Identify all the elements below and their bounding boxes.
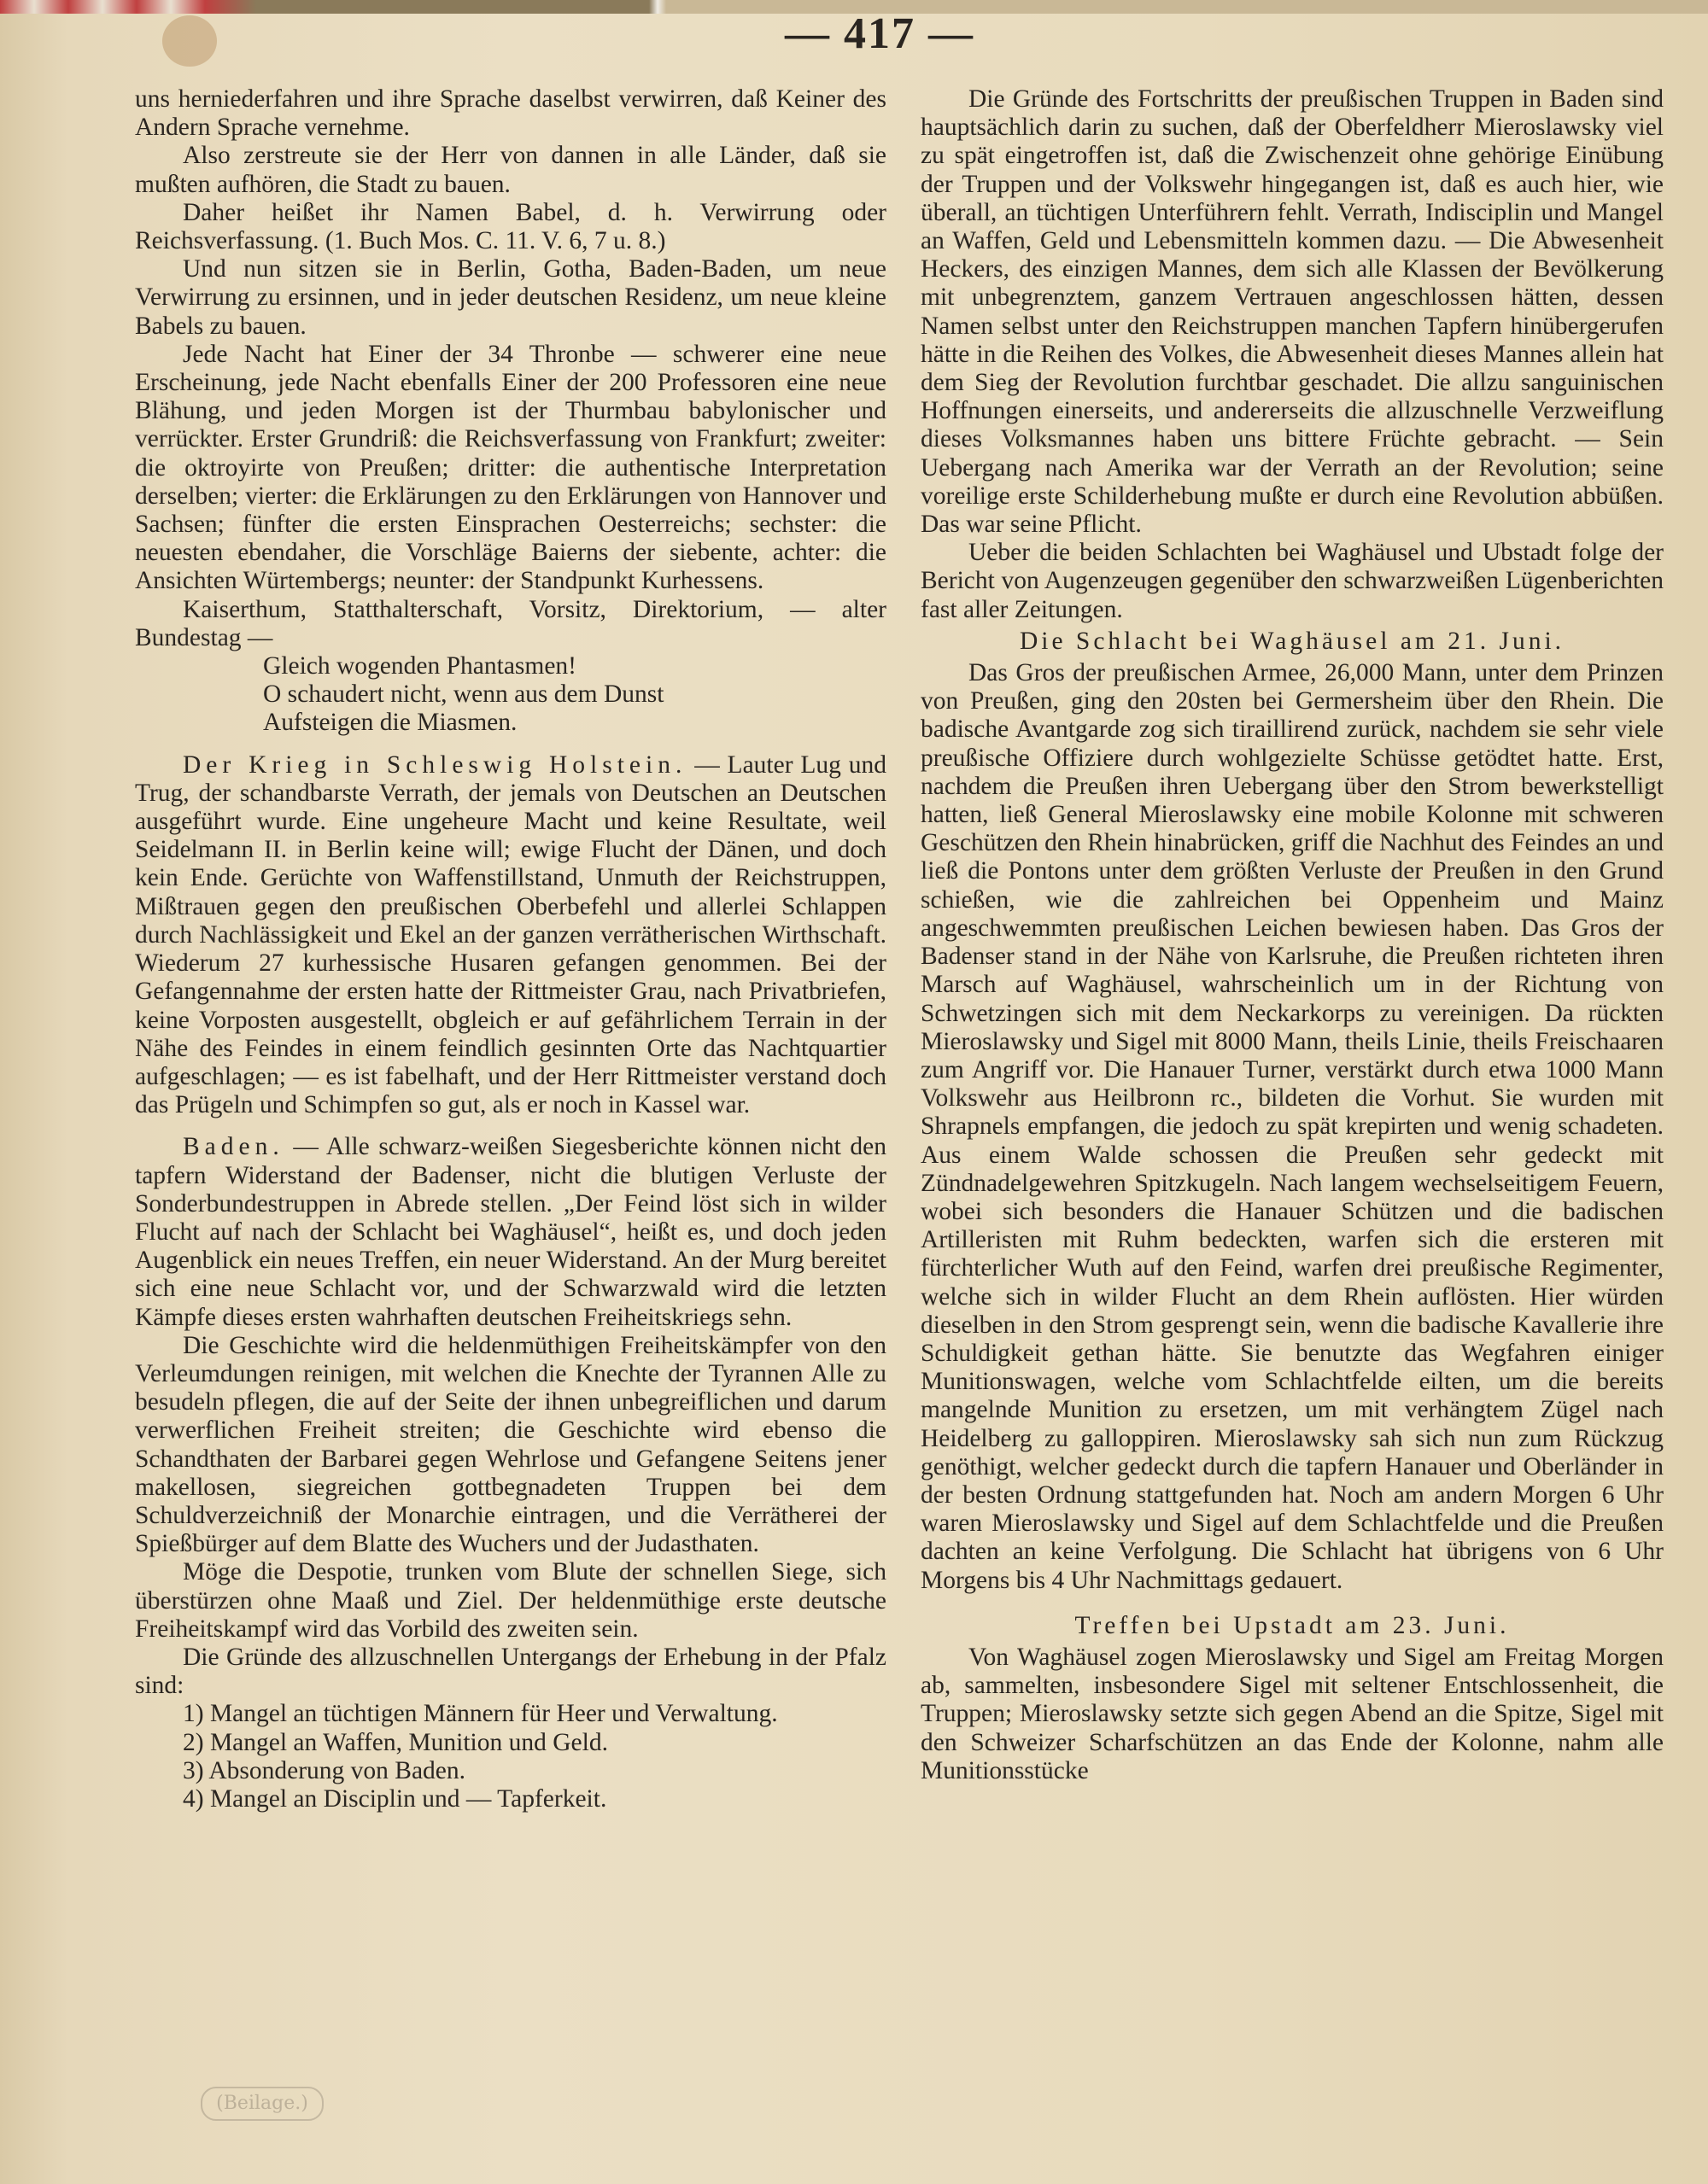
section-heading: Treffen bei Upstadt am 23. Juni. bbox=[921, 1612, 1664, 1640]
list-item: 2) Mangel an Waffen, Munition und Geld. bbox=[135, 1729, 886, 1757]
paragraph: Also zerstreute sie der Herr von dannen … bbox=[135, 142, 886, 198]
paragraph: Die Gründe des allzuschnellen Untergangs… bbox=[135, 1644, 886, 1700]
list-item: 4) Mangel an Disciplin und — Tapferkeit. bbox=[135, 1785, 886, 1813]
right-column: Die Gründe des Fortschritts der preußisc… bbox=[921, 85, 1664, 1785]
paragraph: Die Gründe des Fortschritts der preußisc… bbox=[921, 85, 1664, 539]
paragraph: Kaiserthum, Statthalterschaft, Vorsitz, … bbox=[135, 596, 886, 652]
article-body: — Lauter Lug und Trug, der schandbarste … bbox=[135, 751, 886, 1118]
paragraph: Möge die Despotie, trunken vom Blute der… bbox=[135, 1558, 886, 1644]
page-number: — 417 — bbox=[785, 9, 974, 58]
paragraph: Jede Nacht hat Einer der 34 Thronbe — sc… bbox=[135, 341, 886, 596]
paragraph: Daher heißet ihr Namen Babel, d. h. Verw… bbox=[135, 199, 886, 255]
left-column: uns herniederfahren und ihre Sprache das… bbox=[135, 85, 886, 1813]
paragraph: Die Geschichte wird die heldenmüthigen F… bbox=[135, 1332, 886, 1559]
paragraph: Ueber die beiden Schlachten bei Waghäuse… bbox=[921, 539, 1664, 624]
faded-stamp: (Beilage.) bbox=[201, 2087, 324, 2121]
article-title: Baden. bbox=[183, 1133, 284, 1160]
paragraph: Das Gros der preußischen Armee, 26,000 M… bbox=[921, 659, 1664, 1595]
article-schleswig: Der Krieg in Schleswig Holstein. — Laute… bbox=[135, 751, 886, 1120]
article-baden: Baden. — Alle schwarz-weißen Siegesberic… bbox=[135, 1133, 886, 1331]
article-title: Der Krieg in Schleswig Holstein. bbox=[183, 751, 687, 779]
paragraph: uns herniederfahren und ihre Sprache das… bbox=[135, 85, 886, 142]
list-item: 1) Mangel an tüchtigen Männern für Heer … bbox=[135, 1700, 886, 1728]
paragraph: Von Waghäusel zogen Mieroslawsky und Sig… bbox=[921, 1644, 1664, 1785]
page-header: — 417 — bbox=[0, 9, 1708, 59]
section-heading: Die Schlacht bei Waghäusel am 21. Juni. bbox=[921, 628, 1664, 656]
verse-line: O schaudert nicht, wenn aus dem Dunst bbox=[135, 680, 886, 709]
verse-line: Aufsteigen die Miasmen. bbox=[135, 709, 886, 737]
newspaper-page: — 417 — uns herniederfahren und ihre Spr… bbox=[0, 0, 1708, 2184]
paragraph: Und nun sitzen sie in Berlin, Gotha, Bad… bbox=[135, 255, 886, 341]
verse-line: Gleich wogenden Phantasmen! bbox=[135, 652, 886, 680]
list-item: 3) Absonderung von Baden. bbox=[135, 1757, 886, 1785]
article-body: — Alle schwarz-weißen Siegesberichte kön… bbox=[135, 1133, 886, 1330]
